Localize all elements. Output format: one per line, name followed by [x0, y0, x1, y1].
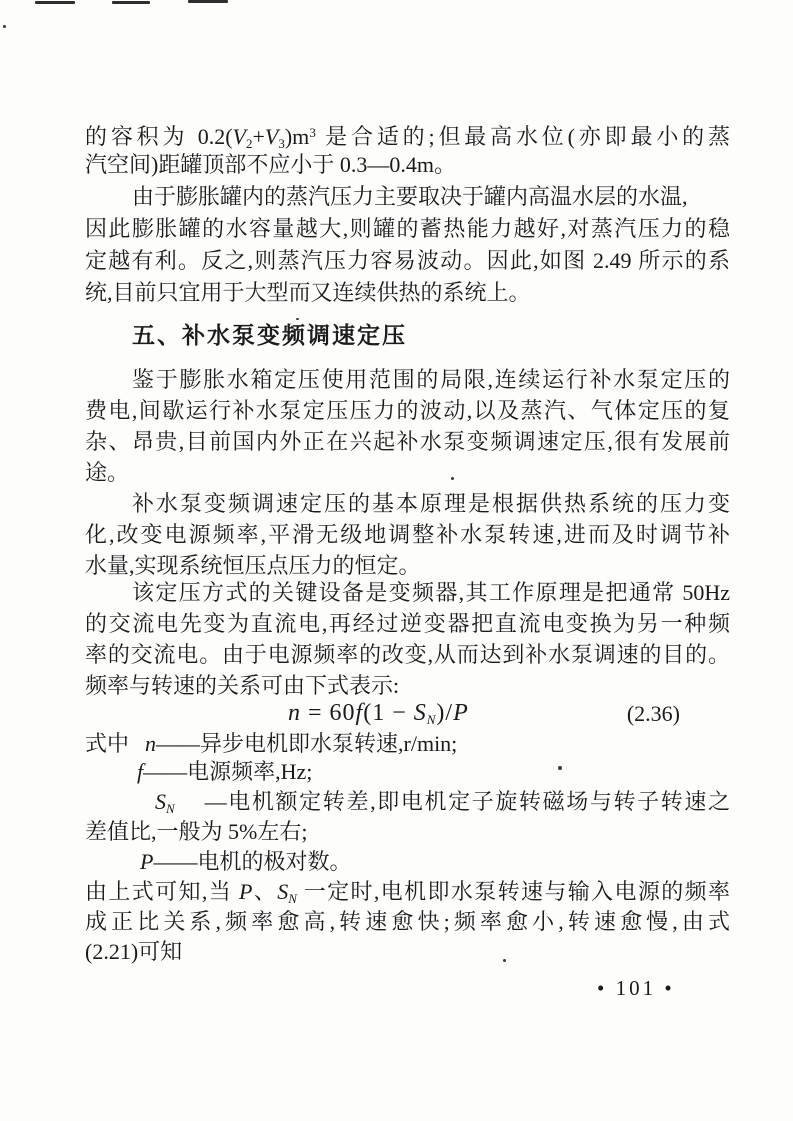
variable-p: P	[239, 879, 252, 904]
text-segment: )/	[436, 700, 453, 726]
text-line: 水量,实现系统恒压点压力的恒定。	[85, 552, 730, 579]
text-line: 该定压方式的关键设备是变频器,其工作原理是把通常 50Hz	[85, 579, 730, 606]
subscript: N	[427, 712, 437, 727]
text-segment: 的容积为 0.2(	[85, 124, 233, 149]
definition-line: SN—电机额定转差,即电机定子旋转磁场与转子转速之	[85, 788, 730, 822]
text-line: 途。	[85, 459, 730, 486]
definition-line: f——电源频率,Hz;	[85, 758, 730, 785]
variable-s: S	[277, 879, 288, 904]
text-line: 因此膨胀罐的水容量越大,则罐的蓄热能力越好,对蒸汽压力的稳	[85, 215, 730, 242]
text-segment: )m	[285, 124, 309, 149]
scan-artifact	[296, 318, 299, 320]
definition-text: —电机额定转差,即电机定子旋转磁场与转子转速之	[205, 789, 730, 814]
text-line: (2.21)可知	[85, 938, 730, 965]
definition-text: ——电机的极对数。	[153, 849, 351, 874]
scan-artifact	[3, 25, 6, 28]
definition-line: 差值比,一般为 5%左右;	[85, 818, 730, 845]
text-line: 由于膨胀罐内的蒸汽压力主要取决于罐内高温水层的水温,	[85, 183, 730, 210]
text-line: 统,目前只宜用于大型而又连续供热的系统上。	[85, 279, 730, 306]
text-line: 汽空间)距罐顶部不应小于 0.3—0.4m。	[85, 151, 730, 178]
variable-p: P	[453, 700, 469, 726]
scanned-book-page: 的容积为 0.2(V2+V3)m3 是合适的;但最高水位(亦即最小的蒸 汽空间)…	[0, 0, 793, 1121]
page-number: • 101 •	[597, 976, 675, 1001]
text-line: 频率与转速的关系可由下式表示:	[85, 672, 730, 699]
text-line: 由上式可知,当 P、SN 一定时,电机即水泵转速与输入电源的频率	[85, 878, 730, 912]
variable-n: n	[288, 700, 301, 726]
variable-v2: V	[233, 124, 246, 149]
text-line: 费电,间歇运行补水泵定压压力的波动,以及蒸汽、气体定压的复	[85, 397, 730, 424]
text-segment: 一定时,电机即水泵转速与输入电源的频率	[297, 879, 730, 904]
text-segment: 、	[252, 879, 277, 904]
text-segment: (1 −	[363, 700, 414, 726]
text-line: 定越有利。反之,则蒸汽压力容易波动。因此,如图 2.49 所示的系	[85, 247, 730, 274]
text-line: 率的交流电。由于电源频率的改变,从而达到补水泵调速的目的。	[85, 641, 730, 668]
subscript: N	[288, 891, 297, 906]
definition-line: 式中n——异步电机即水泵转速,r/min;	[85, 730, 730, 757]
text-line: 鉴于膨胀水箱定压使用范围的局限,连续运行补水泵定压的	[85, 366, 730, 393]
scan-artifact	[112, 1, 150, 4]
definition-text: ——电源频率,Hz;	[143, 759, 312, 784]
variable-v3: V	[265, 124, 278, 149]
variable-n: n	[145, 731, 156, 756]
text-line: 化,改变电源频率,平滑无级地调整补水泵转速,进而及时调节补	[85, 521, 730, 548]
text-segment: +	[252, 124, 264, 149]
scan-artifact	[35, 1, 75, 4]
equation: n = 60f(1 − SN)/P (2.36)	[85, 699, 730, 727]
text-segment: 是合适的;但最高水位(亦即最小的蒸	[316, 124, 730, 149]
scan-artifact	[188, 0, 228, 3]
text-line: 补水泵变频调速定压的基本原理是根据供热系统的压力变	[85, 490, 730, 517]
variable-s: S	[414, 700, 427, 726]
subscript: N	[166, 801, 175, 816]
variable-s: S	[155, 789, 166, 814]
equation-number: (2.36)	[627, 701, 680, 727]
definition-text: ——异步电机即水泵转速,r/min;	[156, 731, 457, 756]
text-line: 的交流电先变为直流电,再经过逆变器把直流电变换为另一种频	[85, 610, 730, 637]
equation-body: n = 60f(1 − SN)/P	[288, 699, 469, 734]
where-label: 式中	[85, 730, 129, 757]
section-heading: 五、补水泵变频调速定压	[85, 321, 730, 349]
text-line: 成正比关系,频率愈高,转速愈快;频率愈小,转速愈慢,由式	[85, 908, 730, 935]
definition-line: P——电机的极对数。	[85, 848, 730, 875]
text-line: 杂、昂贵,目前国内外正在兴起补水泵变频调速定压,很有发展前	[85, 428, 730, 455]
text-segment: = 60	[301, 700, 356, 726]
variable-p: P	[140, 849, 153, 874]
text-segment: 由上式可知,当	[85, 879, 239, 904]
